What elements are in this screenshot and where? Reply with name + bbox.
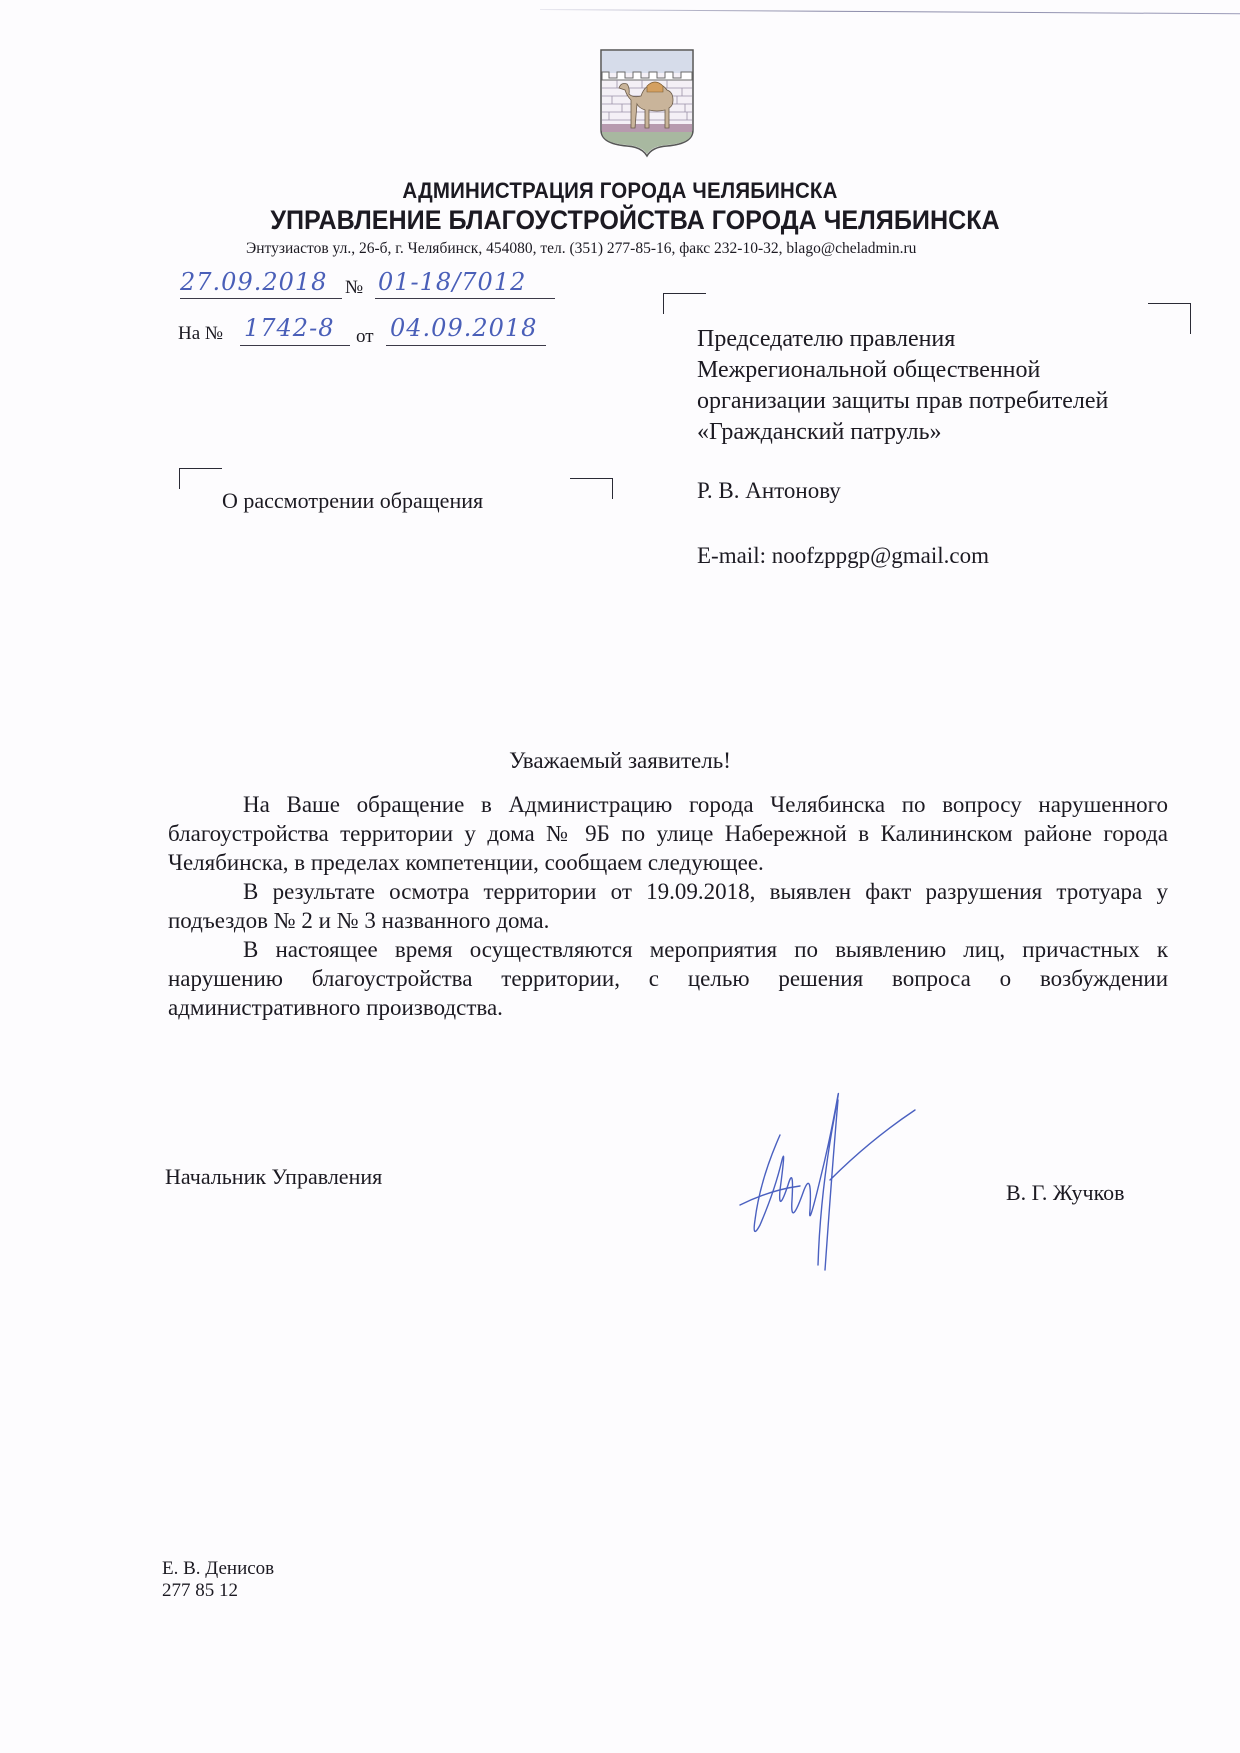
body-paragraph: На Ваше обращение в Администрацию города… [168, 790, 1168, 877]
addressee-block: Председателю правления Межрегиональной о… [697, 324, 1108, 448]
addressee-corner-left [663, 293, 706, 314]
from-label: от [356, 326, 374, 348]
subject-corner-right [570, 478, 613, 499]
greeting: Уважаемый заявитель! [0, 748, 1240, 774]
executor-info: Е. В. Денисов 277 85 12 [162, 1558, 274, 1602]
outgoing-date: 27.09.2018 [180, 268, 327, 296]
signer-title: Начальник Управления [165, 1164, 382, 1190]
body-paragraph: В настоящее время осуществляются меропри… [168, 935, 1168, 1022]
handwritten-signature-icon [720, 1090, 960, 1290]
department-contacts: Энтузиастов ул., 26-б, г. Челябинск, 454… [246, 240, 916, 258]
reply-number-underline [240, 345, 350, 346]
scan-edge-line [540, 9, 1240, 14]
reply-to-date: 04.09.2018 [390, 314, 537, 342]
signer-name: В. Г. Жучков [1006, 1180, 1125, 1206]
addressee-line: организации защиты прав потребителей [697, 386, 1108, 417]
addressee-line: Межрегиональной общественной [697, 355, 1108, 386]
recipient-email: E-mail: noofzppgp@gmail.com [697, 543, 989, 569]
department-name: УПРАВЛЕНИЕ БЛАГОУСТРОЙСТВА ГОРОДА ЧЕЛЯБИ… [258, 205, 1011, 236]
addressee-corner-right [1148, 303, 1191, 334]
body-paragraph: В результате осмотра территории от 19.09… [168, 877, 1168, 935]
reply-to-number: 1742-8 [244, 314, 334, 342]
letter-body: На Ваше обращение в Администрацию города… [168, 790, 1168, 1022]
addressee-line: «Гражданский патруль» [697, 417, 1108, 448]
outgoing-number: 01-18/7012 [378, 268, 526, 296]
reply-date-underline [386, 345, 546, 346]
coat-of-arms-icon [597, 48, 697, 158]
addressee-line: Председателю правления [697, 324, 1108, 355]
executor-name: Е. В. Денисов [162, 1558, 274, 1580]
recipient-name: Р. В. Антонову [697, 478, 841, 504]
number-underline [375, 298, 555, 299]
date-underline [180, 298, 342, 299]
number-label: № [345, 277, 363, 299]
subject-corner-left [179, 468, 222, 489]
executor-phone: 277 85 12 [162, 1580, 274, 1602]
organization-name: АДМИНИСТРАЦИЯ ГОРОДА ЧЕЛЯБИНСКА [43, 178, 1196, 204]
letter-subject: О рассмотрении обращения [222, 488, 483, 514]
reply-to-label: На № [178, 323, 223, 345]
